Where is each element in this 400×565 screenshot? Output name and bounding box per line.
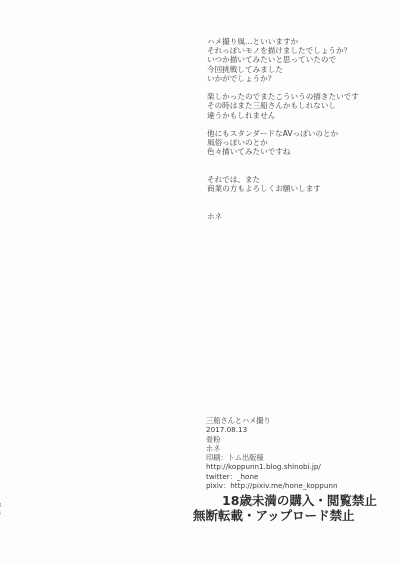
afterword-line: ハメ撮り風…といいますか (207, 37, 387, 46)
afterword-line: それでは、また (207, 175, 387, 184)
colophon-block: 三船さんとハメ撮り 2017.08.13 骨粉 ホネ 印刷：トム出版様 http… (206, 416, 376, 490)
afterword-line: その時はまた三船さんかもしれないし (207, 101, 387, 110)
colophon-pixiv: pixiv：http://pixiv.me/hone_koppunn (206, 481, 376, 490)
doujinshi-afterword-page: ハメ撮り風…といいますか それっぽいモノを描けましたでしょうか？ いつか描いてみ… (0, 0, 400, 565)
colophon-circle-name: 骨粉 (206, 435, 376, 444)
colophon-blog-url: http://koppunn1.blog.shinobi.jp/ (206, 462, 376, 471)
colophon-twitter: twitter：_hone (206, 472, 376, 481)
afterword-line: 商業の方もよろしくお願いします (207, 184, 387, 193)
afterword-paragraph-3: 他にもスタンダードなAVっぽいのとか 風俗っぽいのとか 色々描いてみたいですね (207, 129, 387, 157)
colophon-date: 2017.08.13 (206, 425, 376, 434)
warning-line-purchase: 18歳未満の購入・閲覧禁止 (193, 493, 383, 508)
colophon-printer: 印刷：トム出版様 (206, 453, 376, 462)
age-restriction-warning: 18歳未満の購入・閲覧禁止 無断転載・アップロード禁止 (193, 493, 383, 523)
colophon-title: 三船さんとハメ撮り (206, 416, 376, 425)
afterword-paragraph-4: それでは、また 商業の方もよろしくお願いします (207, 175, 387, 193)
page-edge-numbers: 3 4 (0, 501, 5, 517)
afterword-line: いつか描いてみたいと思っていたので (207, 55, 387, 64)
afterword-text: ハメ撮り風…といいますか それっぽいモノを描けましたでしょうか？ いつか描いてみ… (207, 37, 387, 221)
author-signature: ホネ (207, 212, 387, 221)
afterword-line: 今回挑戦してみました (207, 65, 387, 74)
colophon-author-name: ホネ (206, 444, 376, 453)
afterword-line: 色々描いてみたいですね (207, 147, 387, 156)
afterword-line: 違うかもしれません (207, 111, 387, 120)
page-number-bottom: 4 (0, 509, 5, 517)
page-number-top: 3 (0, 501, 5, 509)
afterword-line: 他にもスタンダードなAVっぽいのとか (207, 129, 387, 138)
afterword-line: いかがでしょうか？ (207, 74, 387, 83)
afterword-paragraph-2: 楽しかったのでまたこういうの描きたいです その時はまた三船さんかもしれないし 違… (207, 92, 387, 120)
warning-line-reupload: 無断転載・アップロード禁止 (193, 508, 383, 523)
afterword-paragraph-1: ハメ撮り風…といいますか それっぽいモノを描けましたでしょうか？ いつか描いてみ… (207, 37, 387, 83)
